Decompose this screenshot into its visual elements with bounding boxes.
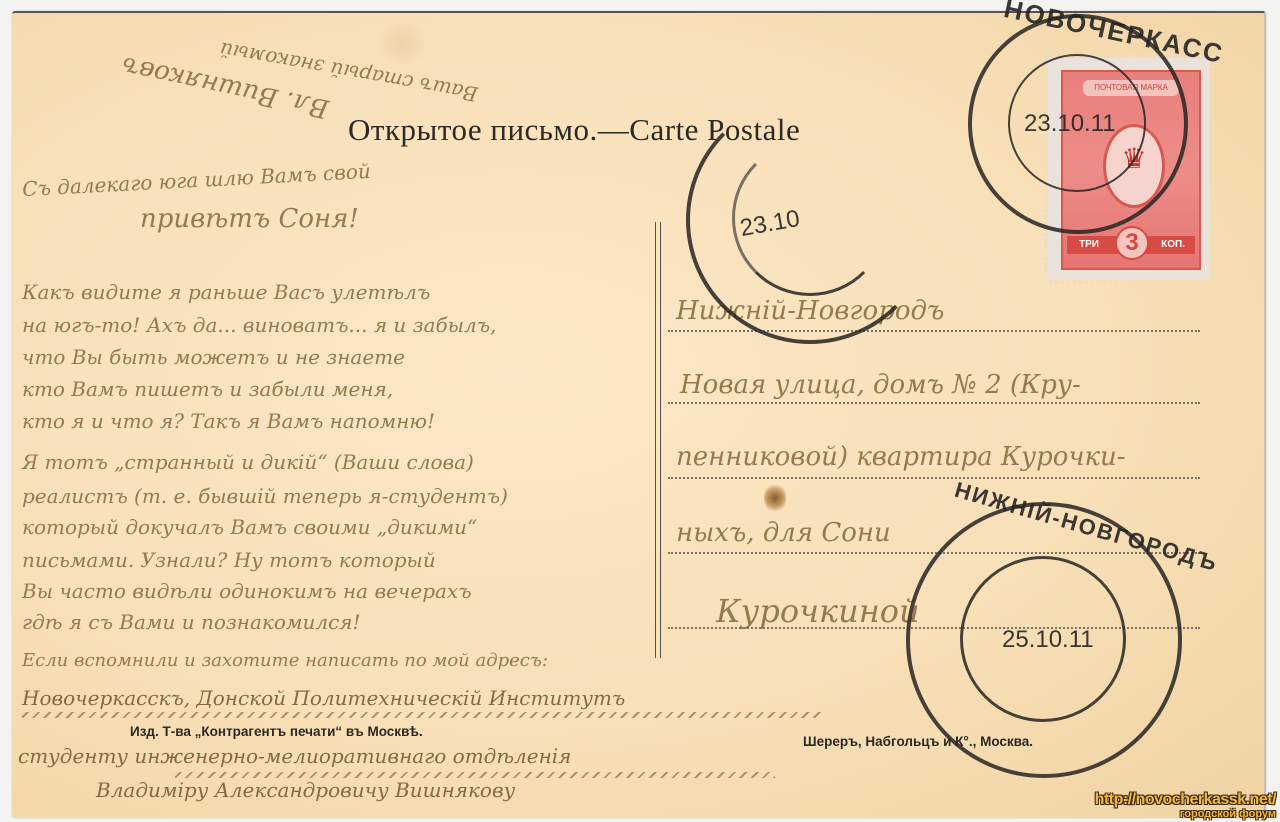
recipient-for: ныхъ, для Сони xyxy=(676,518,891,548)
stamp-right-label: КОП. xyxy=(1161,236,1185,254)
message-line: на югъ-то! Ахъ да... виноватъ... я и заб… xyxy=(22,313,496,337)
message-line: Какъ видите я раньше Васъ улетѣлъ xyxy=(22,280,430,304)
publisher-imprint-left: Изд. Т-ва „Контрагентъ печати“ въ Москвѣ… xyxy=(130,724,423,739)
watermark-subtitle: городской форум xyxy=(1095,808,1276,820)
message-line: Если вспомнили и захотите написать по мо… xyxy=(22,650,548,671)
message-line: письмами. Узнали? Ну тотъ который xyxy=(22,548,436,572)
postmark-transit: 23.10 xyxy=(686,96,934,344)
postmark-date: 25.10.11 xyxy=(1002,626,1094,654)
stamp-value: 3 xyxy=(1115,226,1149,260)
paper-stain xyxy=(764,483,786,513)
message-line: реалистъ (т. е. бывшій теперь я-студентъ… xyxy=(22,484,508,508)
return-address-line: студенту инженерно-мелиоративнаго отдѣле… xyxy=(18,744,571,768)
recipient-street: Новая улица, домъ № 2 (Кру- xyxy=(680,370,1081,400)
message-line: Я тотъ „странный и дикій“ (Ваши слова) xyxy=(22,450,474,474)
watermark-url: http://novocherkassk.net/ xyxy=(1095,791,1276,809)
address-line xyxy=(668,330,1200,332)
return-address-line: Новочеркасскъ, Донской Политехническій И… xyxy=(22,686,625,710)
site-watermark: http://novocherkassk.net/ городской фору… xyxy=(1095,791,1276,820)
postmark-novocherkassk: НОВОЧЕРКАСС 23.10.11 xyxy=(968,14,1188,234)
message-line: гдѣ я съ Вами и познакомился! xyxy=(22,610,361,634)
paper-stain xyxy=(372,23,432,63)
stamp-left-label: ТРИ xyxy=(1079,236,1099,254)
message-line: кто я и что я? Такъ я Вамъ напомню! xyxy=(22,409,435,433)
underline xyxy=(22,712,822,718)
recipient-apartment: пенниковой) квартира Курочки- xyxy=(676,442,1126,472)
recipient-name: Курочкиной xyxy=(716,592,920,630)
address-line xyxy=(668,402,1200,404)
postmark-date: 23.10.11 xyxy=(1024,110,1116,138)
message-line: что Вы быть можетъ и не знаете xyxy=(22,345,405,369)
message-line: Вы часто видѣли одинокимъ на вечерахъ xyxy=(22,579,472,603)
card-divider xyxy=(655,222,661,658)
address-line xyxy=(668,477,1200,479)
message-line: кто Вамъ пишетъ и забыли меня, xyxy=(22,377,393,401)
return-address-line: Владиміру Александровичу Вишнякову xyxy=(96,778,515,802)
message-line: привѣтъ Соня! xyxy=(140,204,359,234)
message-line: который докучалъ Вамъ своими „дикими“ xyxy=(22,515,477,539)
postmark-nizhny-novgorod: НИЖНІЙ-НОВГОРОДЪ 25.10.11 xyxy=(906,502,1182,778)
